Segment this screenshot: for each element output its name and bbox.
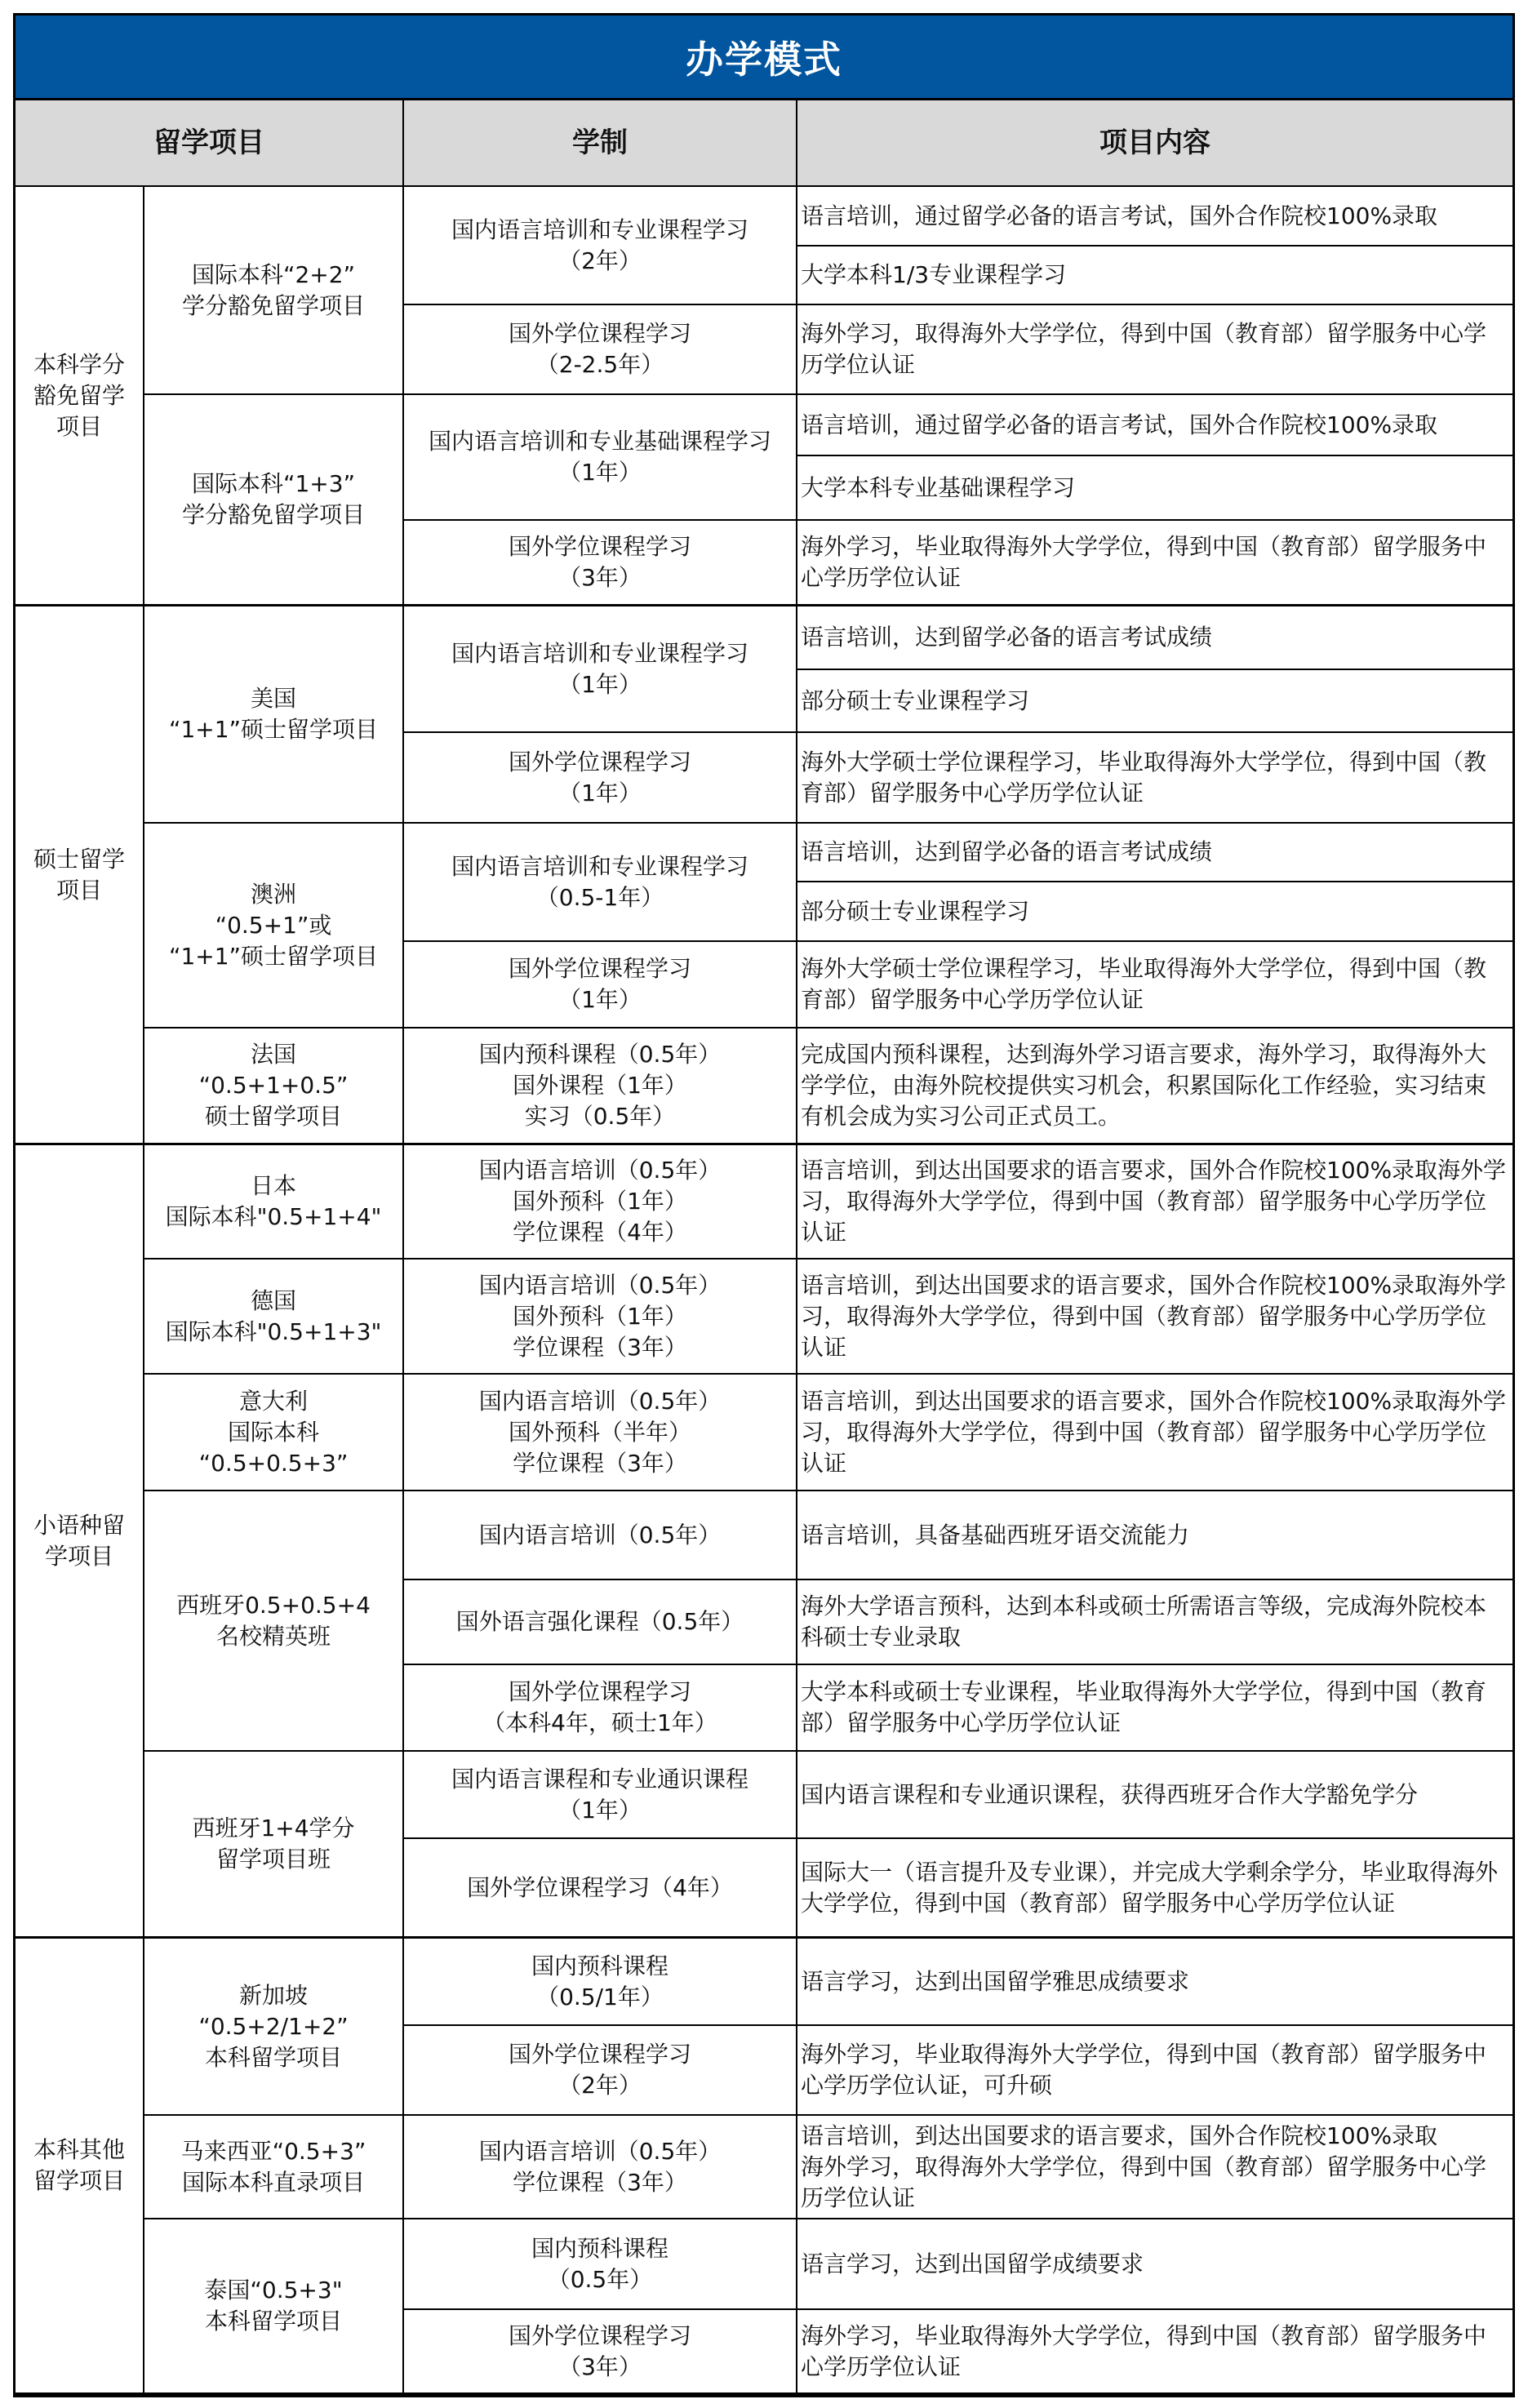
program-name-cell: 西班牙0.5+0.5+4 名校精英班 [144,1491,404,1752]
duration-cell: 国内语言课程和专业通识课程 （1年） [404,1752,797,1839]
duration-cell: 国内语言培训和专业课程学习 （1年） [404,606,797,733]
content-cell: 完成国内预科课程，达到海外学习语言要求，海外学习，取得海外大学学位，由海外院校提… [797,1029,1512,1145]
header-content: 项目内容 [797,100,1512,187]
content-cell: 语言培训，到达出国要求的语言要求，国外合作院校100%录取海外学习，取得海外大学… [797,1145,1512,1260]
duration-cell: 国内预科课程 （0.5年） [404,2219,797,2310]
duration-cell: 国外学位课程学习 （3年） [404,521,797,606]
program-name-cell: 日本 国际本科"0.5+1+4" [144,1145,404,1260]
content-cell: 海外大学硕士学位课程学习，毕业取得海外大学学位，得到中国（教育部）留学服务中心学… [797,733,1512,824]
program-name-cell: 马来西亚“0.5+3” 国际本科直录项目 [144,2116,404,2219]
content-cell: 语言培训，达到留学必备的语言考试成绩 [797,606,1512,670]
category-cell: 小语种留 学项目 [16,1145,144,1939]
duration-cell: 国内语言培训和专业基础课程学习 （1年） [404,395,797,521]
duration-cell: 国外学位课程学习 （2年） [404,2026,797,2116]
program-name-cell: 新加坡 “0.5+2/1+2” 本科留学项目 [144,1939,404,2116]
content-cell: 大学本科专业基础课程学习 [797,456,1512,521]
program-name-cell: 澳洲 “0.5+1”或 “1+1”硕士留学项目 [144,824,404,1029]
duration-cell: 国外语言强化课程（0.5年） [404,1580,797,1665]
content-cell: 语言培训，到达出国要求的语言要求，国外合作院校100%录取 海外学习，取得海外大… [797,2116,1512,2219]
duration-cell: 国内语言培训（0.5年） [404,1491,797,1580]
duration-cell: 国内语言培训（0.5年） 学位课程（3年） [404,2116,797,2219]
content-cell: 海外学习，毕业取得海外大学学位，得到中国（教育部）留学服务中心学历学位认证，可升… [797,2026,1512,2116]
content-cell: 国内语言课程和专业通识课程，获得西班牙合作大学豁免学分 [797,1752,1512,1839]
duration-cell: 国外学位课程学习（4年） [404,1839,797,1939]
content-cell: 语言培训，通过留学必备的语言考试，国外合作院校100%录取 [797,395,1512,456]
program-name-cell: 泰国“0.5+3" 本科留学项目 [144,2219,404,2395]
content-cell: 海外学习，毕业取得海外大学学位，得到中国（教育部）留学服务中心学历学位认证 [797,521,1512,606]
duration-cell: 国外学位课程学习 （1年） [404,942,797,1029]
content-cell: 部分硕士专业课程学习 [797,670,1512,733]
program-name-cell: 西班牙1+4学分 留学项目班 [144,1752,404,1939]
content-cell: 部分硕士专业课程学习 [797,882,1512,942]
program-name-cell: 德国 国际本科"0.5+1+3" [144,1260,404,1375]
content-cell: 语言培训，通过留学必备的语言考试，国外合作院校100%录取 [797,187,1512,247]
program-name-cell: 意大利 国际本科 “0.5+0.5+3” [144,1375,404,1491]
content-cell: 海外学习，毕业取得海外大学学位，得到中国（教育部）留学服务中心学历学位认证 [797,2310,1512,2395]
program-name-cell: 国际本科“1+3” 学分豁免留学项目 [144,395,404,606]
duration-cell: 国内语言培训和专业课程学习 （0.5-1年） [404,824,797,942]
header-duration: 学制 [404,100,797,187]
content-cell: 语言学习，达到出国留学成绩要求 [797,2219,1512,2310]
content-cell: 语言培训，到达出国要求的语言要求，国外合作院校100%录取海外学习，取得海外大学… [797,1260,1512,1375]
content-cell: 大学本科或硕士专业课程，毕业取得海外大学学位，得到中国（教育部）留学服务中心学历… [797,1665,1512,1752]
duration-cell: 国内语言培训（0.5年） 国外预科（半年） 学位课程（3年） [404,1375,797,1491]
content-cell: 国际大一（语言提升及专业课），并完成大学剩余学分，毕业取得海外大学学位，得到中国… [797,1839,1512,1939]
content-cell: 语言培训，具备基础西班牙语交流能力 [797,1491,1512,1580]
program-name-cell: 国际本科“2+2” 学分豁免留学项目 [144,187,404,395]
content-cell: 语言培训，达到留学必备的语言考试成绩 [797,824,1512,882]
duration-cell: 国内语言培训和专业课程学习 （2年） [404,187,797,305]
program-name-cell: 美国 “1+1”硕士留学项目 [144,606,404,824]
category-cell: 本科学分 豁免留学 项目 [16,187,144,606]
header-program: 留学项目 [16,100,404,187]
duration-cell: 国内预科课程（0.5年） 国外课程（1年） 实习（0.5年） [404,1029,797,1145]
duration-cell: 国外学位课程学习 （1年） [404,733,797,824]
content-cell: 语言学习，达到出国留学雅思成绩要求 [797,1939,1512,2026]
duration-cell: 国内语言培训（0.5年） 国外预科（1年） 学位课程（4年） [404,1145,797,1260]
content-cell: 大学本科1/3专业课程学习 [797,247,1512,305]
program-name-cell: 法国 “0.5+1+0.5” 硕士留学项目 [144,1029,404,1145]
duration-cell: 国外学位课程学习 （2-2.5年） [404,305,797,395]
category-cell: 本科其他 留学项目 [16,1939,144,2395]
program-table: 留学项目 学制 项目内容 本科学分 豁免留学 项目国际本科“2+2” 学分豁免留… [13,98,1515,2397]
content-cell: 海外大学语言预科，达到本科或硕士所需语言等级，完成海外院校本科硕士专业录取 [797,1580,1512,1665]
category-cell: 硕士留学 项目 [16,606,144,1145]
duration-cell: 国外学位课程学习 （本科4年，硕士1年） [404,1665,797,1752]
duration-cell: 国内预科课程 （0.5/1年） [404,1939,797,2026]
content-cell: 语言培训，到达出国要求的语言要求，国外合作院校100%录取海外学习，取得海外大学… [797,1375,1512,1491]
table-title: 办学模式 [13,13,1515,98]
content-cell: 海外学习，取得海外大学学位，得到中国（教育部）留学服务中心学历学位认证 [797,305,1512,395]
duration-cell: 国外学位课程学习 （3年） [404,2310,797,2395]
content-cell: 海外大学硕士学位课程学习，毕业取得海外大学学位，得到中国（教育部）留学服务中心学… [797,942,1512,1029]
study-abroad-table-sheet: 办学模式 留学项目 学制 项目内容 本科学分 豁免留学 项目国际本科“2+2” … [13,13,1515,2397]
duration-cell: 国内语言培训（0.5年） 国外预科（1年） 学位课程（3年） [404,1260,797,1375]
